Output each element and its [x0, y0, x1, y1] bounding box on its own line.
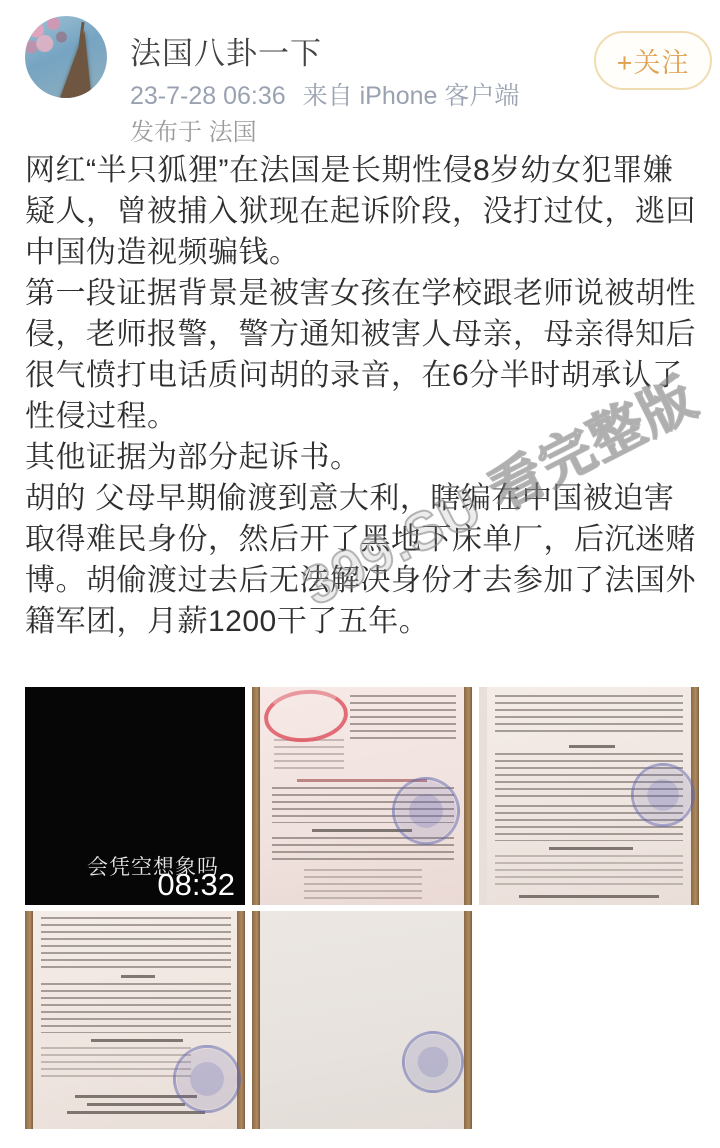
table-edge-graphic: [252, 687, 260, 905]
post-paragraph: 网红“半只狐狸”在法国是长期性侵8岁幼女犯罪嫌疑人，曾被捕入狱现在起诉阶段，没打…: [25, 150, 703, 273]
doc-text-lines: [274, 739, 344, 773]
post-body: 网红“半只狐狸”在法国是长期性侵8岁幼女犯罪嫌疑人，曾被捕入狱现在起诉阶段，没打…: [25, 150, 703, 642]
table-edge-graphic: [464, 687, 472, 905]
video-duration: 08:32: [157, 867, 235, 903]
doc-heading-line: [549, 847, 633, 850]
post-paragraph: 其他证据为部分起诉书。: [25, 437, 703, 478]
doc-text-lines: [304, 869, 422, 899]
doc-heading-line: [519, 895, 659, 898]
doc-heading-line: [91, 1039, 183, 1042]
post-paragraph: 第一段证据背景是被害女孩在学校跟老师说被胡性侵，老师报警，警方通知被害人母亲，母…: [25, 273, 703, 437]
post-source[interactable]: 来自 iPhone 客户端: [303, 82, 520, 110]
post-meta-line: 23-7-28 06:36 来自 iPhone 客户端: [130, 76, 519, 112]
gallery-image-document-2[interactable]: [479, 687, 699, 905]
avatar[interactable]: [25, 16, 107, 98]
doc-heading-line: [67, 1111, 205, 1114]
weibo-post-page: 法国八卦一下 23-7-28 06:36 来自 iPhone 客户端 发布于 法…: [0, 0, 720, 1148]
notary-stamp-icon: [392, 777, 460, 845]
post-location: 发布于 法国: [130, 112, 257, 147]
table-edge-graphic: [464, 911, 472, 1129]
doc-text-lines: [495, 855, 683, 889]
table-edge-graphic: [25, 911, 33, 1129]
notary-stamp-icon: [402, 1031, 464, 1093]
doc-heading-line: [121, 975, 155, 978]
document-sheet: [260, 911, 464, 1129]
doc-text-lines: [350, 695, 456, 743]
doc-text-lines: [41, 983, 231, 1033]
notary-stamp-icon: [173, 1045, 241, 1113]
gallery-image-document-1[interactable]: [252, 687, 472, 905]
gallery-image-document-3[interactable]: [25, 911, 245, 1129]
doc-text-lines: [41, 1047, 191, 1077]
doc-heading-line: [87, 1103, 185, 1106]
table-edge-graphic: [237, 911, 245, 1129]
follow-button[interactable]: +关注: [594, 31, 712, 90]
doc-text-lines: [495, 695, 683, 737]
image-gallery: 会凭空想象吗 08:32: [25, 687, 701, 1129]
notary-stamp-icon: [631, 763, 695, 827]
doc-text-lines: [41, 917, 231, 969]
video-thumbnail[interactable]: 会凭空想象吗 08:32: [25, 687, 245, 905]
post-timestamp: 23-7-28 06:36: [130, 82, 286, 110]
username-link[interactable]: 法国八卦一下: [130, 28, 322, 73]
post-paragraph: 胡的 父母早期偷渡到意大利，瞎编在中国被迫害取得难民身份，然后开了黑地下床单厂，…: [25, 478, 703, 642]
doc-heading-line: [569, 745, 615, 748]
gallery-image-document-4[interactable]: [252, 911, 472, 1129]
table-edge-graphic: [252, 911, 260, 1129]
